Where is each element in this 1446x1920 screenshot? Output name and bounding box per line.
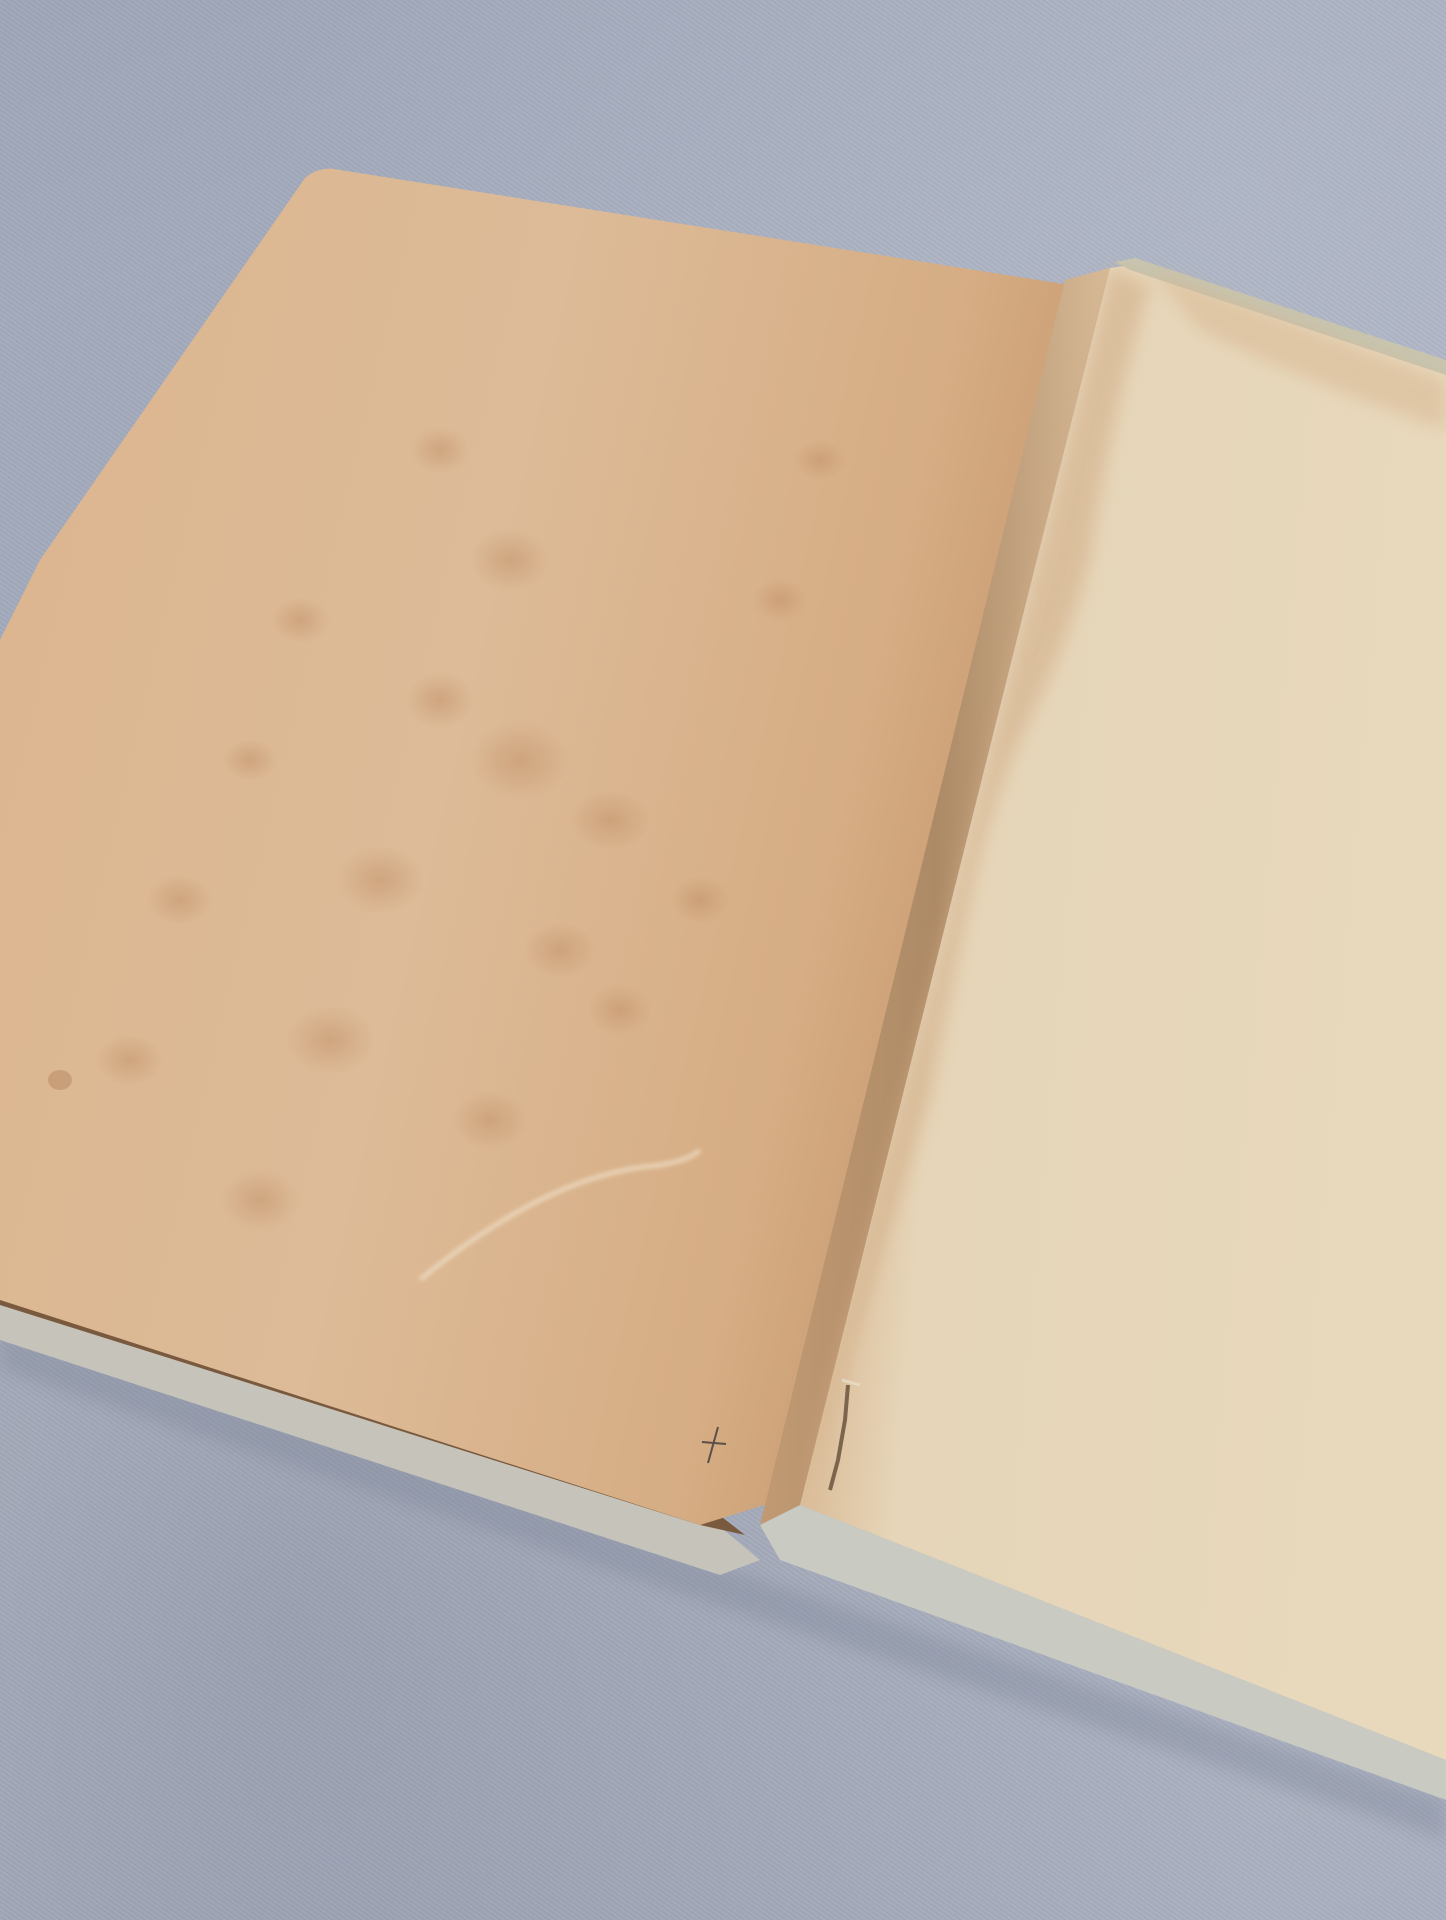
pencil-plus-mark bbox=[700, 1425, 730, 1465]
open-book bbox=[0, 0, 1446, 1920]
photo-scene bbox=[0, 0, 1446, 1920]
